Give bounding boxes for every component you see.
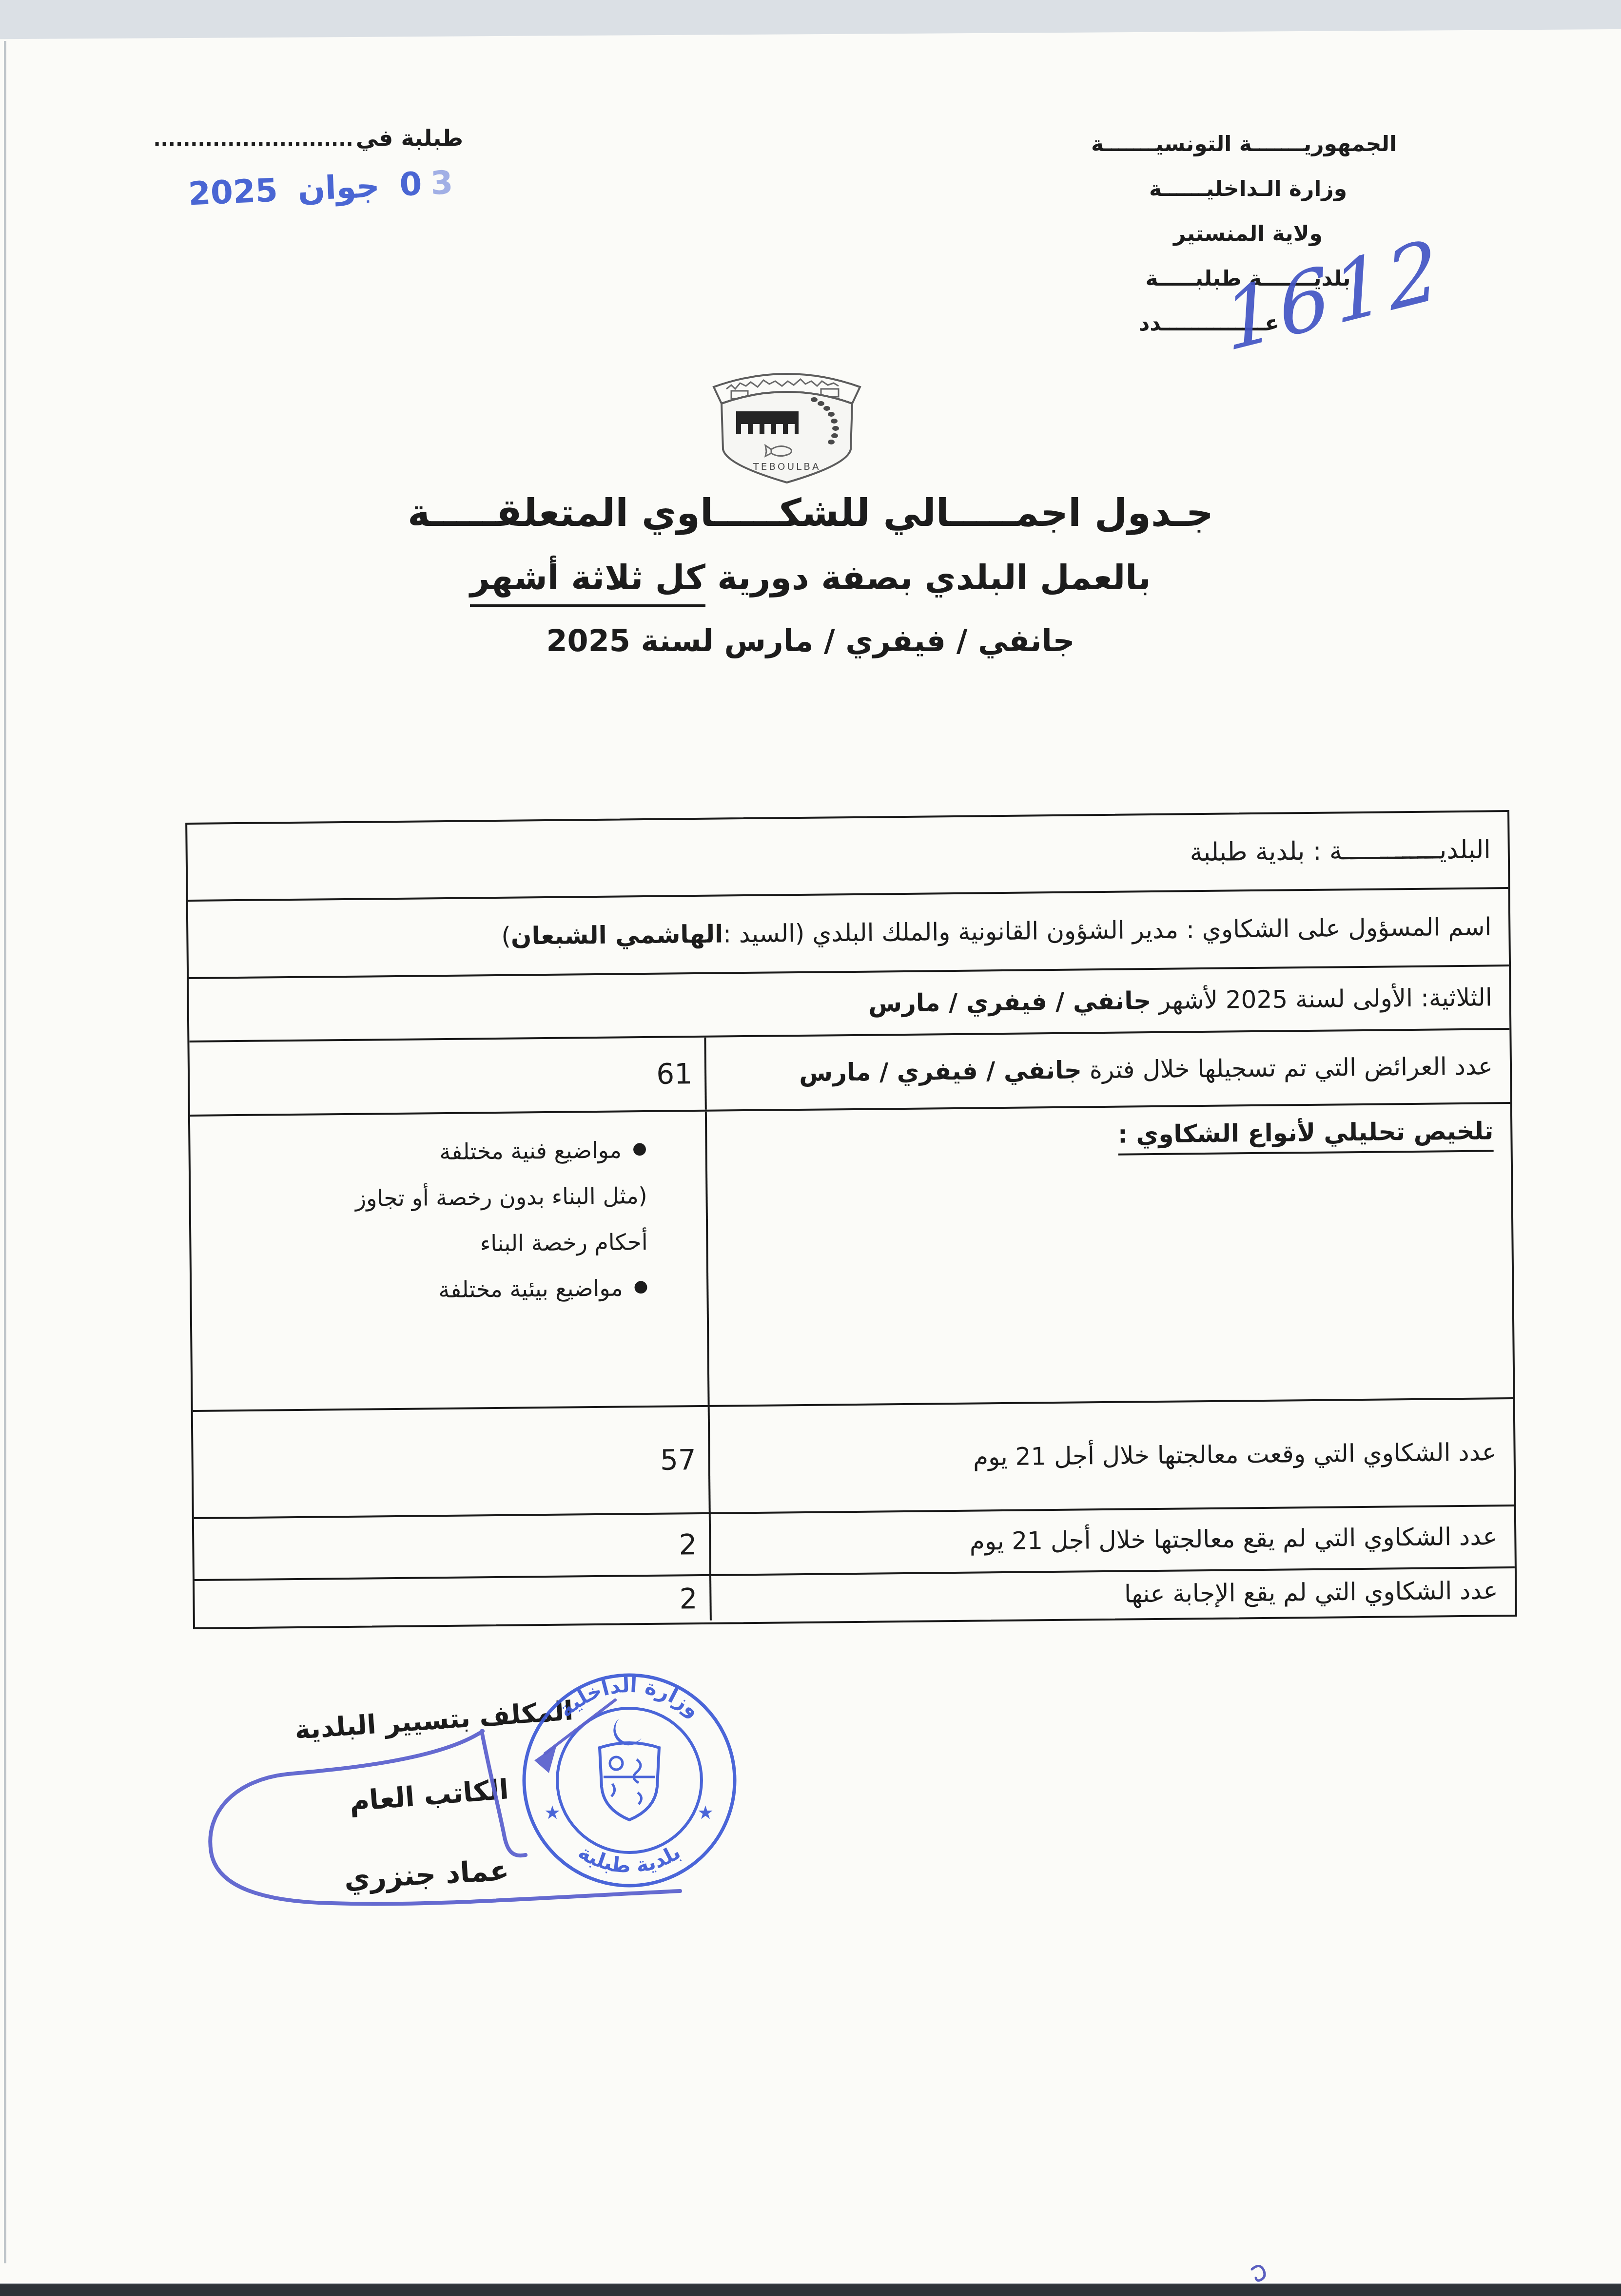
quarter-label: الثلاثية: الأولى لسنة 2025 لأشهر جانفي /… — [851, 979, 1509, 1022]
untreated-value: 2 — [679, 1528, 697, 1561]
treated-label: عدد الشكاوي التي وقعت معالجتها خلال أجل … — [956, 1433, 1514, 1475]
date-stamp-day-second: 3 — [430, 164, 454, 202]
responsible-label: اسم المسؤول على الشكاوي : مدير الشؤون ال… — [484, 908, 1509, 955]
date-stamp-day-first: 0 — [399, 165, 423, 204]
unanswered-value-cell: 2 — [195, 1576, 710, 1625]
handwritten-signature — [185, 1672, 731, 1935]
table-row-summary: تلخيص تحليلي لأنواع الشكاوي : ●مواضيع فن… — [190, 1102, 1513, 1410]
table-row-untreated: عدد الشكاوي التي لم يقع معالجتها خلال أج… — [194, 1505, 1515, 1579]
teboulba-shield-logo-icon: TEBOULBA — [706, 359, 868, 493]
municipality-label: البلديـــــــــــــة : بلدية طبلبة — [1172, 830, 1508, 872]
unanswered-label-cell: عدد الشكاوي التي لم يقع الإجابة عنها — [709, 1568, 1515, 1621]
title-line-3: جانفي / فيفري / مارس لسنة 2025 — [0, 623, 1621, 658]
unanswered-label: عدد الشكاوي التي لم يقع الإجابة عنها — [1107, 1572, 1515, 1613]
letterhead-republic: الجمهوريـــــــة التونسيـــــــة — [1099, 122, 1397, 167]
list-item: (مثل البناء بدون رخصة أو تجاوز — [213, 1173, 647, 1223]
complaints-table: البلديـــــــــــــة : بلدية طبلبة اسم ا… — [185, 810, 1517, 1629]
untreated-label-cell: عدد الشكاوي التي لم يقع معالجتها خلال أج… — [709, 1506, 1515, 1574]
date-stamp-month: جوان — [297, 167, 380, 208]
responsible-suffix: ) — [501, 922, 511, 950]
treated-value: 57 — [660, 1443, 696, 1477]
table-row-municipality: البلديـــــــــــــة : بلدية طبلبة — [187, 812, 1508, 900]
complaint-types-list: ●مواضيع فنية مختلفة (مثل البناء بدون رخص… — [202, 1112, 695, 1315]
list-item: أحكام رخصة البناء — [213, 1219, 648, 1269]
petitions-value-cell: 61 — [189, 1038, 704, 1115]
bullet-icon: ● — [634, 1276, 648, 1296]
title-line-1: جـدول اجمـــــالي للشكـــــاوي المتعلقــ… — [0, 491, 1621, 535]
treated-label-cell: عدد الشكاوي التي وقعت معالجتها خلال أجل … — [708, 1399, 1514, 1512]
petitions-label: عدد العرائض التي تم تسجيلها خلال فترة جا… — [782, 1048, 1510, 1091]
title-line-2-underlined: كل ثلاثة أشهر — [470, 558, 705, 607]
scanned-document-page: الجمهوريـــــــة التونسيـــــــة وزارة ا… — [0, 0, 1621, 2296]
logo-caption: TEBOULBA — [752, 461, 820, 472]
bullet-text-environmental: مواضيع بيئية مختلفة — [438, 1274, 623, 1303]
date-stamp: 03 جوان 2025 — [179, 164, 454, 213]
quarter-months: جانفي / فيفري / مارس — [868, 986, 1151, 1018]
bullet-note-line-1: (مثل البناء بدون رخصة أو تجاوز — [355, 1182, 647, 1212]
dotted-line: ........................... — [153, 128, 353, 151]
title-line-2-prefix: بالعمل البلدي بصفة دورية — [705, 558, 1151, 598]
scanner-edge-top — [0, 0, 1621, 39]
bullet-text-technical: مواضيع فنية مختلفة — [439, 1137, 622, 1165]
untreated-value-cell: 2 — [194, 1514, 709, 1579]
title-line-2: بالعمل البلدي بصفة دورية كل ثلاثة أشهر — [0, 558, 1621, 598]
responsible-name: الهاشمي الشبعان — [511, 920, 723, 950]
table-row-responsible: اسم المسؤول على الشكاوي : مدير الشؤون ال… — [188, 887, 1509, 977]
summary-label-cell: تلخيص تحليلي لأنواع الشكاوي : — [705, 1104, 1513, 1405]
responsible-prefix: اسم المسؤول على الشكاوي : مدير الشؤون ال… — [723, 912, 1492, 948]
unanswered-value: 2 — [679, 1582, 698, 1615]
date-stamp-year: 2025 — [188, 171, 279, 212]
petitions-value: 61 — [656, 1057, 692, 1091]
petitions-label-cell: عدد العرائض التي تم تسجيلها خلال فترة جا… — [704, 1030, 1510, 1110]
summary-bullets-cell: ●مواضيع فنية مختلفة (مثل البناء بدون رخص… — [190, 1112, 708, 1410]
list-item: ●مواضيع بيئية مختلفة — [240, 1265, 648, 1314]
list-item: ●مواضيع فنية مختلفة — [239, 1127, 647, 1177]
scanner-edge-bottom — [0, 2284, 1621, 2296]
table-row-quarter: الثلاثية: الأولى لسنة 2025 لأشهر جانفي /… — [189, 965, 1509, 1041]
table-row-petitions-count: عدد العرائض التي تم تسجيلها خلال فترة جا… — [189, 1028, 1510, 1115]
bullet-note-line-2: أحكام رخصة البناء — [480, 1229, 648, 1256]
stray-ink-mark — [1243, 2256, 1282, 2290]
bullet-icon: ● — [632, 1138, 647, 1158]
treated-value-cell: 57 — [193, 1407, 709, 1517]
summary-label: تلخيص تحليلي لأنواع الشكاوي : — [1118, 1117, 1494, 1155]
petitions-prefix: عدد العرائض التي تم تسجيلها خلال فترة — [1082, 1052, 1493, 1084]
quarter-prefix: الثلاثية: الأولى لسنة 2025 لأشهر — [1151, 983, 1492, 1015]
petitions-months: جانفي / فيفري / مارس — [799, 1056, 1082, 1087]
place-label: طبلبة في — [356, 125, 463, 151]
letterhead-ministry: وزارة الـداخليــــــة — [1099, 167, 1397, 212]
untreated-label: عدد الشكاوي التي لم يقع معالجتها خلال أج… — [952, 1518, 1514, 1560]
scanner-edge-left — [4, 41, 6, 2263]
document-title: جـدول اجمـــــالي للشكـــــاوي المتعلقــ… — [0, 491, 1621, 658]
table-row-treated: عدد الشكاوي التي وقعت معالجتها خلال أجل … — [193, 1397, 1514, 1517]
place-date-line: طبلبة في ........................... — [122, 125, 463, 151]
